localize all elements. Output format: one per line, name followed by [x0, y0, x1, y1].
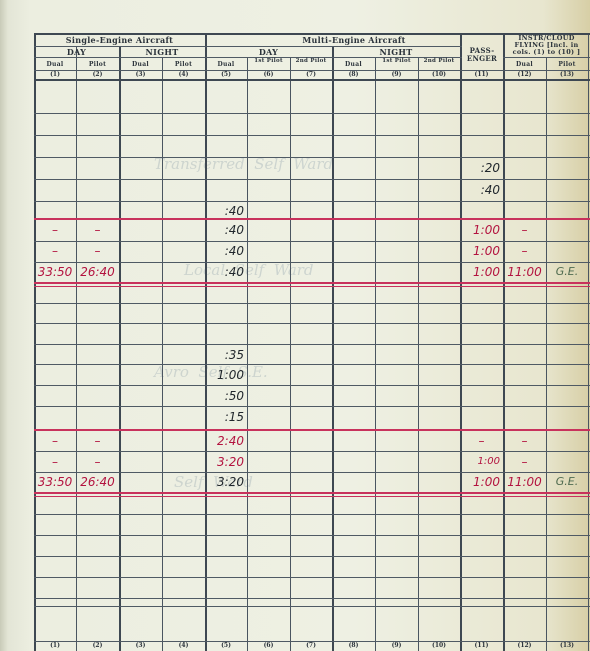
me-night-header: NIGHT: [332, 48, 460, 56]
initials: G.E.: [546, 262, 588, 282]
row-line: [34, 303, 590, 304]
dash-entry: –: [460, 431, 503, 451]
footer-col-number: (3): [119, 642, 162, 649]
col-number: (9): [375, 71, 418, 78]
passenger-entry: :20: [464, 158, 500, 178]
footer-col-number: (10): [418, 642, 460, 649]
dash-entry: –: [503, 220, 546, 240]
red-rule-double: [34, 492, 590, 494]
col-header-2nd-pilot: 2nd Pilot: [290, 58, 332, 64]
grid-line: [332, 47, 334, 651]
grid-line: [119, 47, 121, 651]
se-day-header: DAY: [34, 48, 119, 56]
red-rule-double: [34, 286, 590, 287]
row-line: [34, 135, 590, 136]
total-se-day-dual: 33:50: [34, 472, 76, 492]
col-header-pilot: Pilot: [162, 61, 205, 69]
row-line: [34, 577, 590, 578]
total-passenger: 1:00: [464, 472, 500, 492]
dash-entry: –: [76, 452, 119, 472]
col-number: (1): [34, 71, 76, 78]
dash-entry: –: [34, 220, 76, 240]
passenger-header: PASS-ENGER: [464, 47, 500, 63]
col-header-dual: Dual: [332, 61, 375, 69]
col-number: (12): [503, 71, 546, 78]
total-se-day-dual: 33:50: [34, 262, 76, 282]
passenger-entry: :40: [464, 180, 500, 200]
col-header-dual: Dual: [119, 61, 162, 69]
footer-col-number: (7): [290, 642, 332, 649]
col-header-2nd-pilot: 2nd Pilot: [418, 58, 460, 64]
se-night-header: NIGHT: [119, 48, 205, 56]
row-line: [34, 556, 590, 557]
passenger-entry: 1:00: [464, 220, 500, 240]
red-rule-double: [34, 496, 590, 497]
single-engine-header: Single-Engine Aircraft: [34, 36, 205, 44]
dual-me-day-entry: 2:40: [208, 431, 244, 451]
passenger-entry: 1:00: [464, 452, 500, 472]
col-number: (11): [460, 71, 503, 78]
row-line: [34, 406, 590, 407]
footer-col-number: (5): [205, 642, 247, 649]
col-header-1st-pilot: 1st Pilot: [375, 58, 418, 64]
grid-line: [76, 47, 77, 651]
row-line: [34, 201, 590, 202]
dual-me-day-entry: :40: [208, 241, 244, 261]
grid-line: [375, 58, 376, 651]
passenger-entry: 1:00: [464, 241, 500, 261]
row-line: [34, 385, 590, 386]
dual-me-day-entry: :35: [208, 345, 244, 365]
red-rule-double: [34, 282, 590, 284]
dash-entry: –: [503, 452, 546, 472]
footer-col-number: (9): [375, 642, 418, 649]
grid-line: [290, 58, 291, 651]
total-instr-dual: 11:00: [503, 262, 546, 282]
col-number: (4): [162, 71, 205, 78]
row-line: [34, 606, 590, 607]
col-number: (7): [290, 71, 332, 78]
grid-line: [247, 58, 248, 651]
dual-me-day-entry: :50: [208, 386, 244, 406]
bleed-through-text: Local Self Ward: [184, 261, 314, 279]
col-number: (3): [119, 71, 162, 78]
row-line: [34, 535, 590, 536]
col-header-dual: Dual: [503, 61, 546, 69]
dash-entry: –: [503, 431, 546, 451]
total-passenger: 1:00: [464, 262, 500, 282]
row-line: [34, 598, 590, 599]
footer-col-number: (4): [162, 642, 205, 649]
footer-col-number: (2): [76, 642, 119, 649]
multi-engine-header: Multi-Engine Aircraft: [205, 36, 503, 44]
grid-line: [546, 58, 547, 651]
grid-line: [503, 33, 505, 651]
dual-me-day-entry: :15: [208, 407, 244, 427]
row-line: [34, 514, 590, 515]
grid-line: [588, 33, 589, 651]
total-me-day-dual: 3:20: [208, 472, 244, 492]
col-number: (10): [418, 71, 460, 78]
footer-col-number: (1): [34, 642, 76, 649]
footer-col-number: (12): [503, 642, 546, 649]
dash-entry: –: [34, 431, 76, 451]
row-line: [34, 323, 590, 324]
grid-line: [503, 57, 590, 58]
initials: G.E.: [546, 472, 588, 492]
footer-col-number: (8): [332, 642, 375, 649]
row-line: [34, 113, 590, 114]
dash-entry: –: [34, 241, 76, 261]
dash-entry: –: [76, 220, 119, 240]
col-number: (8): [332, 71, 375, 78]
row-line: [34, 364, 590, 365]
dash-entry: –: [503, 241, 546, 261]
col-header-pilot: Pilot: [76, 61, 119, 69]
grid-line: [205, 33, 207, 651]
instr-cloud-header: INSTR/CLOUD FLYING [Incl. in cols. (1) t…: [505, 35, 588, 56]
dash-entry: –: [76, 431, 119, 451]
grid-line: [162, 58, 163, 651]
col-header-1st-pilot: 1st Pilot: [247, 58, 290, 64]
grid-line: [34, 33, 36, 651]
col-header-dual: Dual: [205, 61, 247, 69]
row-line: [34, 344, 590, 345]
row-line: [34, 179, 590, 180]
col-header-dual: Dual: [34, 61, 76, 69]
footer-col-number: (11): [460, 642, 503, 649]
total-se-day-pilot: 26:40: [76, 472, 119, 492]
grid-line: [460, 33, 462, 651]
total-me-day-dual: :40: [208, 262, 244, 282]
row-line: [34, 157, 590, 158]
dual-me-day-entry: :40: [208, 220, 244, 240]
dual-me-day-entry: 3:20: [208, 452, 244, 472]
dash-entry: –: [34, 452, 76, 472]
grid-line: [418, 58, 419, 651]
col-number: (13): [546, 71, 588, 78]
col-number: (2): [76, 71, 119, 78]
col-header-pilot: Pilot: [546, 61, 588, 69]
logbook-page: Transferred Self Ward Local Self Ward Av…: [34, 33, 590, 651]
footer-col-number: (13): [546, 642, 588, 649]
total-instr-dual: 11:00: [503, 472, 546, 492]
total-se-day-pilot: 26:40: [76, 262, 119, 282]
dash-entry: –: [76, 241, 119, 261]
col-number: (5): [205, 71, 247, 78]
grid-line: [34, 79, 590, 81]
me-day-header: DAY: [205, 48, 332, 56]
col-number: (6): [247, 71, 290, 78]
dual-me-day-entry: 1:00: [208, 365, 244, 385]
dual-me-day-entry: :40: [208, 201, 244, 221]
footer-col-number: (6): [247, 642, 290, 649]
